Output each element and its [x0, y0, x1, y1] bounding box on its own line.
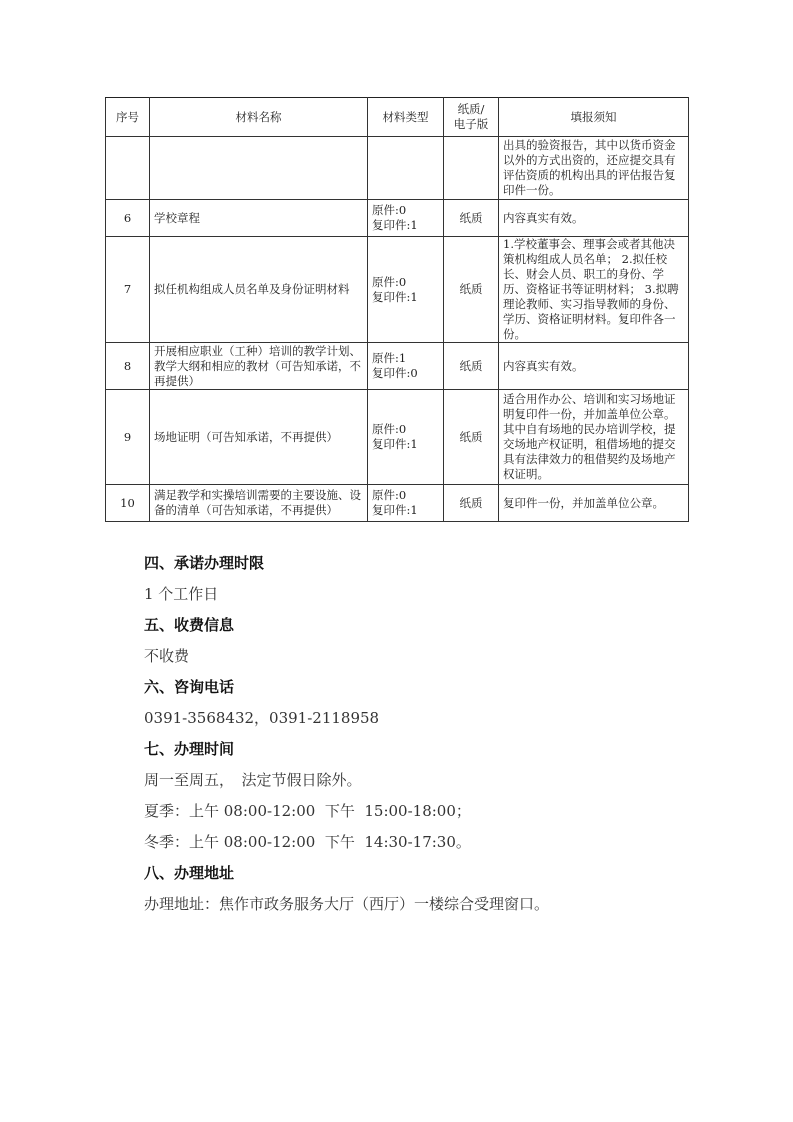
cell-medium: 纸质	[444, 390, 499, 485]
cell-name: 拟任机构组成人员名单及身份证明材料	[150, 237, 368, 343]
section-title-fees: 五、收费信息	[144, 610, 744, 641]
section-text: 周一至周五， 法定节假日除外。	[144, 765, 744, 796]
section-title-phone: 六、咨询电话	[144, 672, 744, 703]
header-type: 材料类型	[368, 98, 444, 137]
materials-table: 序号 材料名称 材料类型 纸质/ 电子版 填报须知 出具的验资报告，其中以货币资…	[105, 97, 689, 522]
section-text: 夏季：上午 08:00-12:00 下午 15:00-18:00；	[144, 796, 744, 827]
cell-no: 9	[106, 390, 150, 485]
cell-notes: 出具的验资报告，其中以货币资金以外的方式出资的，还应提交具有评估资质的机构出具的…	[499, 137, 689, 200]
section-text: 不收费	[144, 641, 744, 672]
section-text: 冬季：上午 08:00-12:00 下午 14:30-17:30。	[144, 827, 744, 858]
cell-name: 学校章程	[150, 200, 368, 237]
cell-notes: 适合用作办公、培训和实习场地证明复印件一份，并加盖单位公章。其中自有场地的民办培…	[499, 390, 689, 485]
header-notes: 填报须知	[499, 98, 689, 137]
table-row: 出具的验资报告，其中以货币资金以外的方式出资的，还应提交具有评估资质的机构出具的…	[106, 137, 689, 200]
cell-medium: 纸质	[444, 237, 499, 343]
header-medium: 纸质/ 电子版	[444, 98, 499, 137]
cell-type: 原件:0 复印件:1	[368, 237, 444, 343]
cell-type: 原件:1 复印件:0	[368, 343, 444, 390]
cell-no	[106, 137, 150, 200]
header-name: 材料名称	[150, 98, 368, 137]
cell-no: 8	[106, 343, 150, 390]
cell-no: 10	[106, 485, 150, 522]
table-row: 7 拟任机构组成人员名单及身份证明材料 原件:0 复印件:1 纸质 1.学校董事…	[106, 237, 689, 343]
cell-notes: 1.学校董事会、理事会或者其他决策机构组成人员名单； 2.拟任校长、财会人员、职…	[499, 237, 689, 343]
cell-medium: 纸质	[444, 485, 499, 522]
table-row: 9 场地证明（可告知承诺，不再提供） 原件:0 复印件:1 纸质 适合用作办公、…	[106, 390, 689, 485]
document-body: 四、承诺办理时限 1 个工作日 五、收费信息 不收费 六、咨询电话 0391-3…	[144, 548, 744, 920]
cell-notes: 复印件一份，并加盖单位公章。	[499, 485, 689, 522]
cell-notes: 内容真实有效。	[499, 200, 689, 237]
table-row: 8 开展相应职业（工种）培训的教学计划、教学大纲和相应的教材（可告知承诺，不再提…	[106, 343, 689, 390]
section-text: 办理地址：焦作市政务服务大厅（西厅）一楼综合受理窗口。	[144, 889, 744, 920]
cell-medium: 纸质	[444, 343, 499, 390]
table-header-row: 序号 材料名称 材料类型 纸质/ 电子版 填报须知	[106, 98, 689, 137]
table-row: 6 学校章程 原件:0 复印件:1 纸质 内容真实有效。	[106, 200, 689, 237]
cell-name	[150, 137, 368, 200]
section-text: 0391-3568432，0391-2118958	[144, 703, 744, 734]
cell-type: 原件:0 复印件:1	[368, 390, 444, 485]
section-text: 1 个工作日	[144, 579, 744, 610]
cell-type: 原件:0 复印件:1	[368, 485, 444, 522]
cell-name: 场地证明（可告知承诺，不再提供）	[150, 390, 368, 485]
cell-type: 原件:0 复印件:1	[368, 200, 444, 237]
section-title-address: 八、办理地址	[144, 858, 744, 889]
cell-notes: 内容真实有效。	[499, 343, 689, 390]
table-row: 10 满足教学和实操培训需要的主要设施、设备的清单（可告知承诺，不再提供） 原件…	[106, 485, 689, 522]
cell-no: 7	[106, 237, 150, 343]
cell-medium: 纸质	[444, 200, 499, 237]
cell-name: 满足教学和实操培训需要的主要设施、设备的清单（可告知承诺，不再提供）	[150, 485, 368, 522]
cell-name: 开展相应职业（工种）培训的教学计划、教学大纲和相应的教材（可告知承诺，不再提供）	[150, 343, 368, 390]
section-title-time-limit: 四、承诺办理时限	[144, 548, 744, 579]
cell-type	[368, 137, 444, 200]
header-no: 序号	[106, 98, 150, 137]
section-title-hours: 七、办理时间	[144, 734, 744, 765]
cell-medium	[444, 137, 499, 200]
cell-no: 6	[106, 200, 150, 237]
